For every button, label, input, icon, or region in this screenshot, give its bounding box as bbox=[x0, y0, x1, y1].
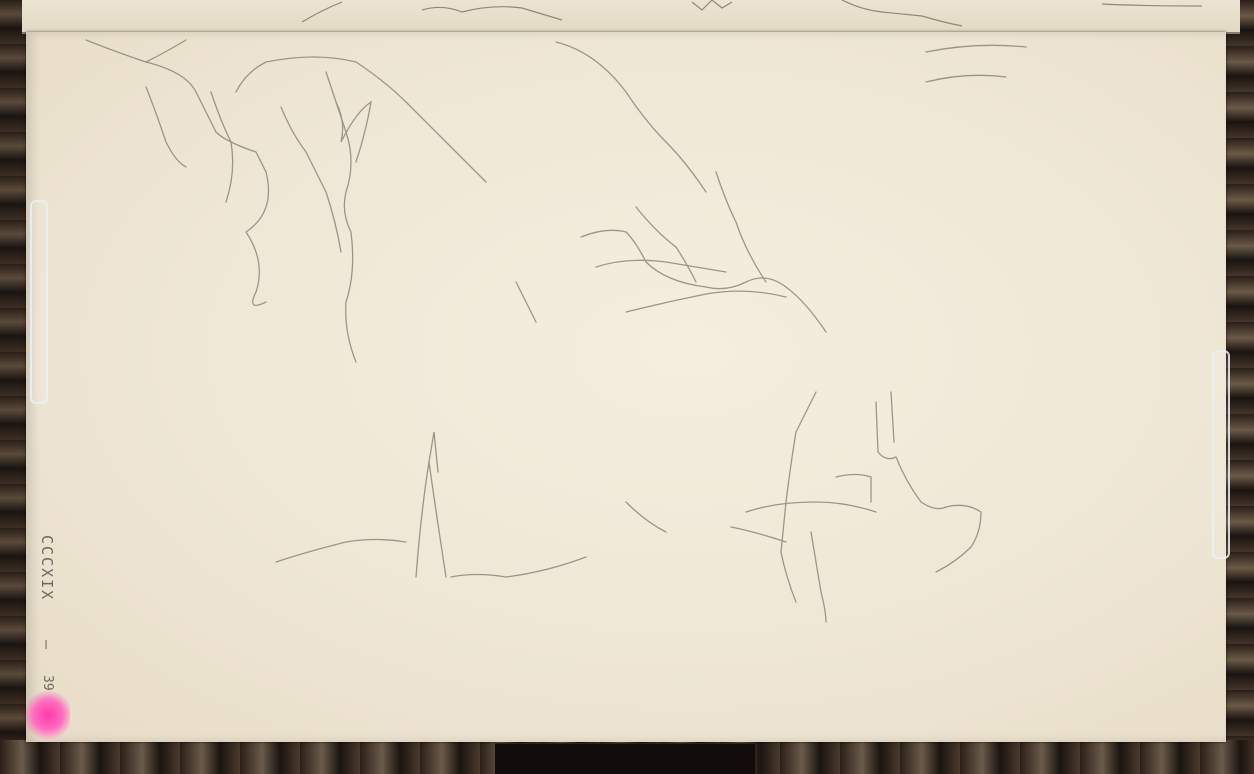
page-clip-right bbox=[1212, 350, 1230, 559]
book-clasp bbox=[495, 743, 755, 774]
page-clip-left bbox=[30, 200, 48, 404]
facing-page-sketch bbox=[22, 0, 1240, 32]
pencil-sketch bbox=[26, 32, 1226, 742]
sketchbook-page bbox=[26, 32, 1226, 742]
catalogue-number: CCCXIX bbox=[38, 535, 56, 601]
pink-marker-mark bbox=[26, 690, 70, 740]
stamp-separator: — bbox=[38, 640, 56, 651]
facing-page-edge bbox=[22, 0, 1240, 34]
page-number: 39 bbox=[40, 675, 55, 691]
